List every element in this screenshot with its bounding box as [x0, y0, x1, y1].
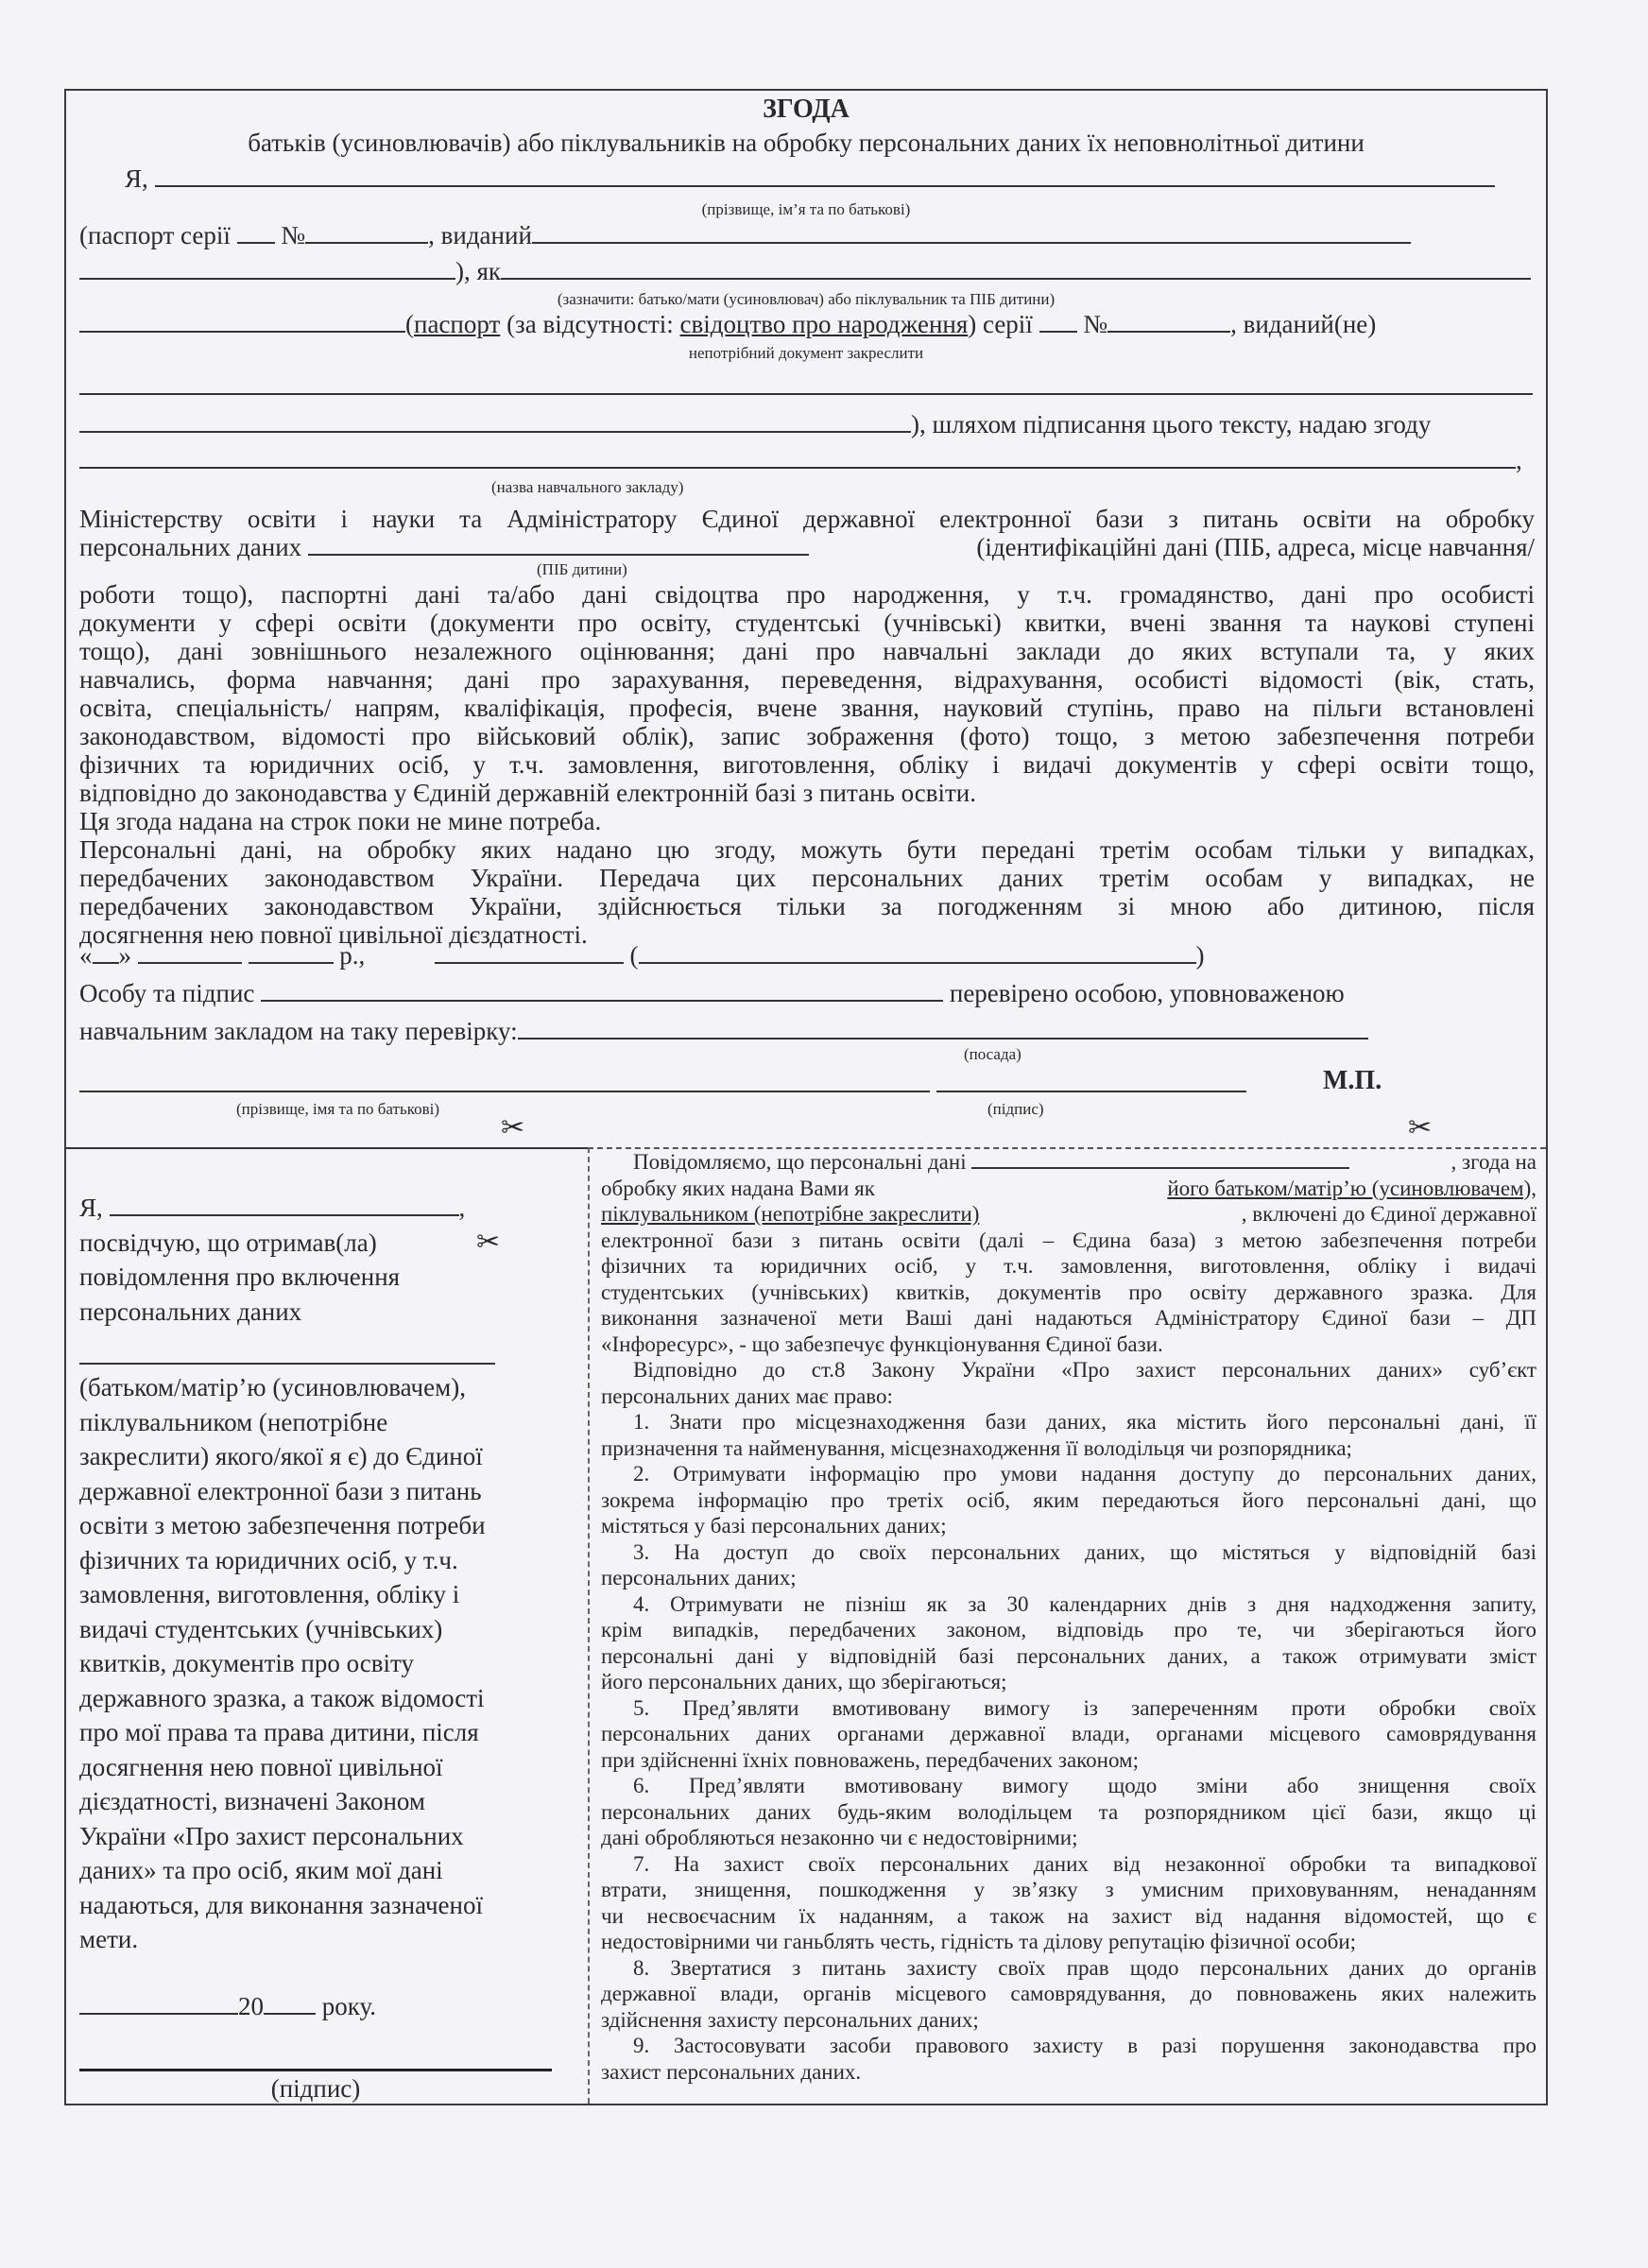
- month-field[interactable]: [138, 961, 242, 964]
- notice-intro-b: , згода на: [1419, 1149, 1536, 1176]
- rights-list: 1. Знати про місцезнаходження бази даних…: [601, 1409, 1536, 2085]
- law-line: персональних даних має право:: [601, 1383, 1536, 1410]
- receipt-line: освіти з метою забезпечення потреби: [79, 1508, 571, 1543]
- right-item: 9. Застосовувати засоби правового захист…: [601, 2033, 1536, 2085]
- scissors-icon: ✂: [501, 1111, 524, 1144]
- notice-line: фізичних та юридичних осіб, у т.ч. замов…: [601, 1253, 1536, 1280]
- receipt-line: України «Про захист персональних: [79, 1819, 571, 1854]
- receipt-line: закреслити) якого/якої я є) до Єдиної: [79, 1439, 571, 1474]
- right-item: 4. Отримувати не пізніш як за 30 календа…: [601, 1591, 1536, 1695]
- hint-school: (назва навчального закладу): [491, 478, 683, 497]
- right-line: персональних даних будь-яким володільцем…: [601, 1799, 1536, 1826]
- body-line: фізичних та юридичних осіб, у т.ч. замов…: [79, 750, 1535, 779]
- right-line: 2. Отримувати інформацію про умови надан…: [601, 1461, 1536, 1487]
- receipt-signature-label: (підпис): [79, 2071, 552, 2106]
- right-item: 2. Отримувати інформацію про умови надан…: [601, 1461, 1536, 1539]
- receipt-line: видачі студентських (учнівських): [79, 1612, 571, 1647]
- notice-line-2: обробку яких надана Вами як його батьком…: [601, 1176, 1536, 1202]
- hint-strike: непотрібний документ закреслити: [66, 344, 1546, 363]
- verifier-field[interactable]: [261, 999, 943, 1002]
- verify-label-b: перевірено особою, уповноваженою: [950, 979, 1345, 1007]
- passport-number-field[interactable]: [305, 241, 428, 244]
- paren-close: ): [1196, 941, 1205, 970]
- child-number-field[interactable]: [1107, 330, 1230, 333]
- right-line: містяться у базі персональних даних;: [601, 1513, 1536, 1539]
- receipt-line: про мої права та права дитини, після: [79, 1715, 571, 1750]
- body-line: освіта, спеціальність/ напрям, кваліфіка…: [79, 694, 1535, 722]
- year-field[interactable]: [249, 961, 334, 964]
- right-line: чи несвоєчасним їх наданням, а також на …: [601, 1903, 1536, 1930]
- ya-label: Я,: [125, 164, 148, 193]
- paren-open: (: [630, 941, 639, 970]
- right-line: здійснення захисту персональних даних;: [601, 2007, 1536, 2034]
- receipt-name-field[interactable]: [110, 1213, 459, 1216]
- body-line: законодавством, відомості про військовий…: [79, 722, 1535, 750]
- right-line: 4. Отримувати не пізніш як за 30 календа…: [601, 1591, 1536, 1618]
- right-line: зокрема інформацію про третіх осіб, яким…: [601, 1487, 1536, 1514]
- series-label: ) серії: [968, 310, 1033, 338]
- transfer-line: передбачених законодавством України. Пер…: [79, 864, 1535, 892]
- issued-by-cont-field[interactable]: [79, 430, 911, 433]
- right-line: державної влади, органів місцевого самов…: [601, 1981, 1536, 2007]
- school-name-field[interactable]: [79, 466, 1516, 469]
- receipt-line: державного зразка, а також відомості: [79, 1681, 571, 1716]
- receipt-line: персональних даних: [79, 1295, 571, 1330]
- receipt-section: Я, , посвідчую, що отримав(ла) повідомле…: [79, 1168, 571, 2106]
- receipt-line: надаються, для виконання зазначеної: [79, 1888, 571, 1923]
- right-line: 1. Знати про місцезнаходження бази даних…: [601, 1409, 1536, 1435]
- passport-row: (паспорт серії №, виданий: [79, 221, 1411, 250]
- official-row: [79, 1070, 1246, 1099]
- receipt-line: досягнення нею повної цивільної: [79, 1750, 571, 1785]
- receipt-line: повідомлення про включення: [79, 1260, 571, 1295]
- signing-text: ), шляхом підписання цього тексту, надаю…: [911, 410, 1431, 438]
- passport-issued-cont-field[interactable]: [79, 277, 455, 280]
- child-name-field[interactable]: [308, 553, 809, 556]
- receipt-body: (батьком/матір’ю (усиновлювачем), піклув…: [79, 1370, 571, 1957]
- applicant-name-row: Я,: [125, 164, 1495, 194]
- receipt-line: державної електронної бази з питань: [79, 1474, 571, 1509]
- issued-ne-label: , виданий(не): [1230, 310, 1376, 338]
- page-title: ЗГОДА: [66, 94, 1546, 125]
- notice-line: «Інфоресурс», - що забезпечує функціонув…: [601, 1332, 1536, 1358]
- transfer-line: передбачених законодавством України, зді…: [79, 892, 1535, 920]
- passport-series-field[interactable]: [237, 241, 275, 244]
- hint-child: (ПІБ дитини): [537, 560, 627, 579]
- right-line: персональні дані у відповідній базі перс…: [601, 1643, 1536, 1670]
- receipt-intro: посвідчую, що отримав(ла) повідомлення п…: [79, 1226, 571, 1330]
- no-label: №: [281, 221, 305, 249]
- verify-row: Особу та підпис перевірено особою, уповн…: [79, 979, 1345, 1008]
- right-line: персональних даних;: [601, 1565, 1536, 1591]
- right-item: 8. Звертатися з питань захисту своїх пра…: [601, 1955, 1536, 2034]
- comma: ,: [1516, 446, 1522, 474]
- right-line: 5. Пред’являти вмотивовану вимогу із зап…: [601, 1695, 1536, 1722]
- right-line: призначення та найменування, місцезнаход…: [601, 1435, 1536, 1462]
- issued-by-field[interactable]: [79, 393, 1533, 395]
- right-item: 7. На захист своїх персональних даних ві…: [601, 1851, 1536, 1955]
- notice-line: електронної бази з питань освіти (далі –…: [601, 1228, 1536, 1254]
- notice-l2-b: його батьком/матір’ю (усиновлювачем),: [1167, 1176, 1536, 1202]
- signer-name-field[interactable]: [639, 961, 1196, 964]
- child-doc-field[interactable]: [79, 330, 405, 333]
- law-line: Відповідно до ст.8 Закону України «Про з…: [601, 1357, 1536, 1383]
- right-line: персональних даних органами державної вл…: [601, 1721, 1536, 1747]
- notice-line: студентських (учнівських) квитків, докум…: [601, 1280, 1536, 1306]
- hint-position: (посада): [964, 1045, 1021, 1064]
- school-row: ,: [79, 446, 1522, 475]
- receipt-line: замовлення, виготовлення, обліку і: [79, 1577, 571, 1612]
- notice-l2-a: обробку яких надана Вами як: [601, 1176, 875, 1202]
- role-field[interactable]: [501, 277, 1531, 280]
- term-line: Ця згода надана на строк поки не мине по…: [79, 807, 1535, 835]
- applicant-name-field[interactable]: [155, 184, 1495, 187]
- passport-series-label: (паспорт серії: [79, 221, 231, 249]
- year-suffix: р.,: [339, 941, 365, 970]
- body-line: документи у сфері освіти (документи про …: [79, 609, 1535, 637]
- verify-row-2: навчальним закладом на таку перевірку:: [79, 1017, 1368, 1046]
- year-prefix: 20: [238, 1992, 264, 2020]
- right-line: дані обробляються незаконно чи є недосто…: [601, 1825, 1536, 1851]
- verify-label-c: навчальним закладом на таку перевірку:: [79, 1017, 518, 1045]
- right-item: 6. Пред’являти вмотивовану вимогу щодо з…: [601, 1773, 1536, 1851]
- notice-line-1: Повідомляємо, що персональні дані , згод…: [601, 1149, 1536, 1176]
- right-line: 7. На захист своїх персональних даних ві…: [601, 1851, 1536, 1878]
- year-suffix-label: року.: [322, 1992, 376, 2020]
- quote-close: »: [119, 941, 132, 970]
- body-line: навчались, форма навчання; дані про зара…: [79, 665, 1535, 694]
- right-line: 8. Звертатися з питань захисту своїх пра…: [601, 1955, 1536, 1982]
- scissors-icon: ✂: [476, 1226, 500, 1261]
- right-line: 9. Застосовувати засоби правового захист…: [601, 2033, 1536, 2059]
- date-signature-row: «» р., (): [79, 941, 1205, 971]
- right-line: при здійсненні їхніх повноважень, передб…: [601, 1747, 1536, 1774]
- issued-label: , виданий: [428, 221, 532, 249]
- cut-line-vertical: [588, 1147, 590, 2104]
- right-item: 5. Пред’являти вмотивовану вимогу із зап…: [601, 1695, 1536, 1774]
- scissors-icon: ✂: [1408, 1111, 1432, 1144]
- ministry-line2-a: персональних даних: [79, 533, 301, 561]
- notice-intro-a: Повідомляємо, що персональні дані: [633, 1150, 967, 1174]
- signing-row: ), шляхом підписання цього тексту, надаю…: [79, 410, 1431, 439]
- official-name-field[interactable]: [79, 1090, 930, 1092]
- receipt-line: (батьком/матір’ю (усиновлювачем),: [79, 1370, 571, 1405]
- right-item: 1. Знати про місцезнаходження бази даних…: [601, 1409, 1536, 1461]
- role-row: ), як: [79, 257, 1531, 286]
- as-label: ), як: [455, 257, 501, 285]
- child-series-field[interactable]: [1039, 330, 1077, 333]
- receipt-line: квитків, документів про освіту: [79, 1646, 571, 1681]
- hint-role: (зазначити: батько/мати (усиновлювач) аб…: [66, 290, 1546, 309]
- receipt-line: фізичних та юридичних осіб, у т.ч.: [79, 1543, 571, 1578]
- body-line: роботи тощо), паспортні дані та/або дані…: [79, 580, 1535, 609]
- right-item: 3. На доступ до своїх персональних даних…: [601, 1539, 1536, 1591]
- no-label-2: №: [1083, 310, 1107, 338]
- ministry-paragraph: Міністерству освіти і науки та Адміністр…: [79, 505, 1535, 561]
- notice-section: Повідомляємо, що персональні дані , згод…: [601, 1149, 1536, 2085]
- notice-line-3: піклувальником (непотрібне закреслити) ,…: [601, 1201, 1536, 1228]
- receipt-child-field[interactable]: [79, 1329, 495, 1365]
- child-doc-row: (паспорт (за відсутності: свідоцтво про …: [79, 310, 1376, 339]
- body-line: відповідно до законодавства у Єдиній дер…: [79, 779, 1535, 807]
- right-line: втрати, знищення, пошкодження у зв’язку …: [601, 1877, 1536, 1903]
- position-field[interactable]: [518, 1037, 1368, 1039]
- consent-section: ЗГОДА батьків (усиновлювачів) або піклув…: [66, 91, 1546, 1149]
- right-line: крім випадків, передбачених законом, від…: [601, 1617, 1536, 1643]
- receipt-name-row: Я, ,: [79, 1191, 571, 1226]
- receipt-line: мети.: [79, 1922, 571, 1957]
- hint-name: (прізвище, ім’я та по батькові): [66, 200, 1546, 219]
- right-line: 3. На доступ до своїх персональних даних…: [601, 1539, 1536, 1566]
- right-line: недостовірними чи ганьблять честь, гідні…: [601, 1929, 1536, 1955]
- day-field[interactable]: [93, 961, 119, 964]
- receipt-year-field[interactable]: [264, 2012, 316, 2015]
- signature-field[interactable]: [435, 961, 624, 964]
- passport-word: паспорт: [414, 310, 500, 338]
- transfer-line: Персональні дані, на обробку яких надано…: [79, 835, 1535, 864]
- right-line: його персональних даних, що зберігаються…: [601, 1669, 1536, 1695]
- consent-form-frame: ЗГОДА батьків (усиновлювачів) або піклув…: [64, 89, 1548, 2105]
- right-line: захист персональних даних.: [601, 2059, 1536, 2086]
- right-line: 6. Пред’являти вмотивовану вимогу щодо з…: [601, 1773, 1536, 1799]
- notice-data-field[interactable]: [971, 1166, 1349, 1169]
- hint-fullname: (прізвище, імя та по батькові): [236, 1100, 439, 1119]
- cut-line-solid: [66, 1147, 588, 1149]
- birth-cert-word: свідоцтво про народження: [680, 310, 969, 338]
- page-subtitle: батьків (усиновлювачів) або піклувальник…: [66, 129, 1546, 158]
- passport-issued-field[interactable]: [532, 241, 1411, 244]
- hint-signature: (підпис): [987, 1100, 1044, 1119]
- receipt-date-row: 20 року.: [79, 1989, 571, 2024]
- notice-line: виконання зазначеної мети Ваші дані нада…: [601, 1305, 1536, 1332]
- notice-l3-a: піклувальником (непотрібне закреслити): [601, 1201, 979, 1228]
- official-signature-field[interactable]: [936, 1090, 1246, 1092]
- receipt-date-field[interactable]: [79, 2012, 238, 2015]
- data-list-paragraph: роботи тощо), паспортні дані та/або дані…: [79, 580, 1535, 949]
- ministry-line2-b: (ідентифікаційні дані (ПІБ, адреса, місц…: [976, 533, 1535, 561]
- absence-label: (за відсутності:: [500, 310, 679, 338]
- receipt-line: даних» та про осіб, яким мої дані: [79, 1853, 571, 1888]
- quote-open: «: [79, 941, 93, 970]
- stamp-place-label: М.П.: [1323, 1066, 1382, 1096]
- receipt-line: дієздатності, визначені Законом: [79, 1784, 571, 1819]
- ministry-line-2: персональних даних (ідентифікаційні дані…: [79, 533, 1535, 561]
- ministry-line: Міністерству освіти і науки та Адміністр…: [79, 505, 1535, 533]
- receipt-ya: Я,: [79, 1194, 103, 1222]
- receipt-line: піклувальником (непотрібне: [79, 1405, 571, 1440]
- body-line: тощо), дані зовнішнього незалежного оцін…: [79, 637, 1535, 665]
- verify-label-a: Особу та підпис: [79, 979, 254, 1007]
- notice-l3-b: , включені до Єдиної державної: [1242, 1201, 1536, 1228]
